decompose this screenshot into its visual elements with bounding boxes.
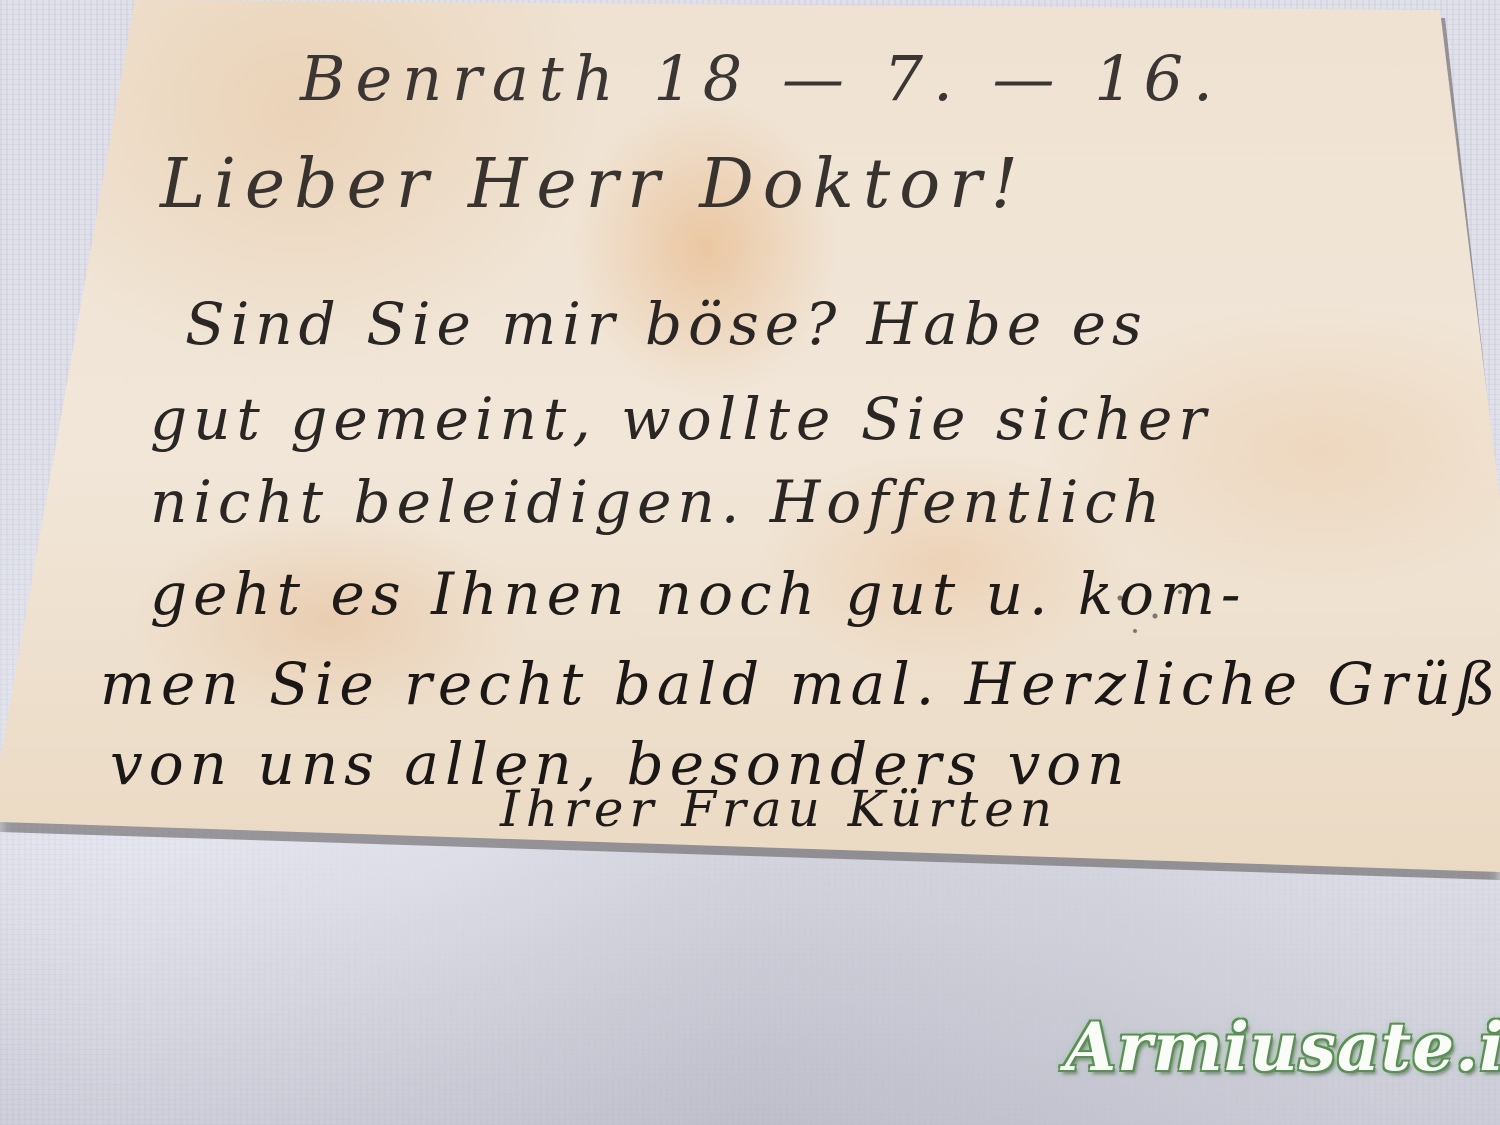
postcard-body-line: Sind Sie mir böse? Habe es [185, 290, 1148, 358]
postcard-body-line: geht es Ihnen noch gut u. kom- [150, 560, 1246, 628]
postcard-body-line: gut gemeint, wollte Sie sicher [150, 385, 1212, 453]
postcard-signature: Ihrer Frau Kürten [500, 780, 1058, 838]
postcard-body-line: men Sie recht bald mal. Herzliche Grüße [100, 650, 1500, 718]
postmark-ink-dots [1100, 580, 1200, 640]
watermark-logo: Armiusate.it [1065, 1008, 1500, 1086]
postcard-date-line: Benrath 18 — 7. — 16. [300, 42, 1223, 115]
postcard-body-line: nicht beleidigen. Hoffentlich [150, 468, 1166, 536]
postcard-salutation: Lieber Herr Doktor! [160, 145, 1027, 224]
